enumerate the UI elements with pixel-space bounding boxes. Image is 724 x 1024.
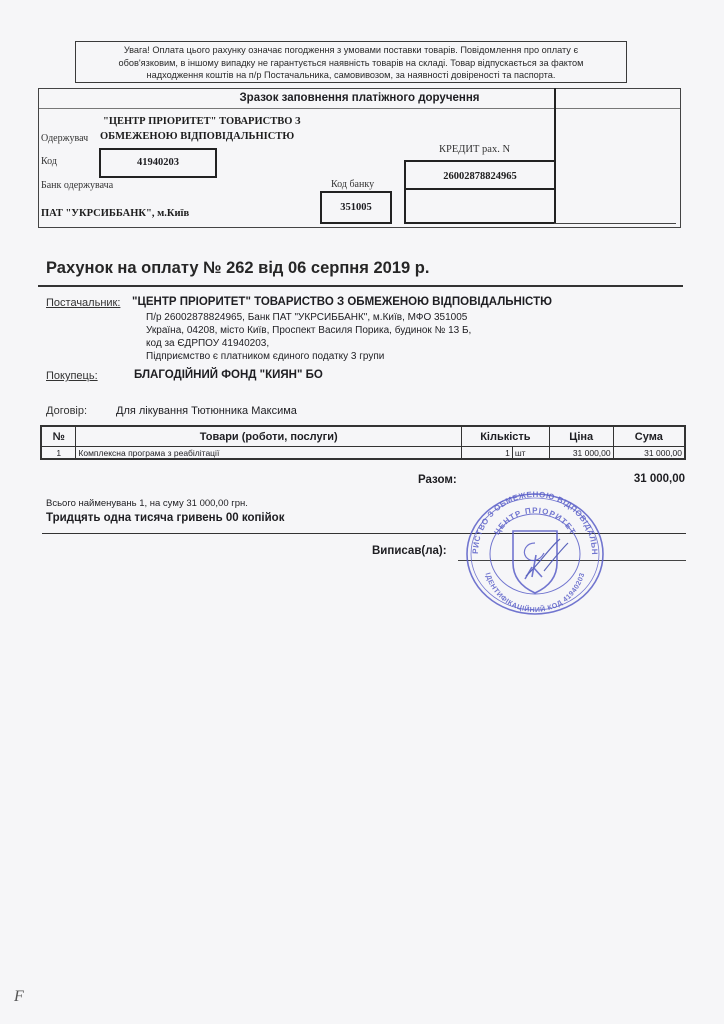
credit-account-value: 26002878824965 <box>443 171 517 182</box>
table-row: 1 Комплексна програма з реабілітації 1 ш… <box>41 447 685 460</box>
header-num: № <box>41 426 76 447</box>
bank-name: ПАТ "УКРСИББАНК", м.Київ <box>41 208 189 219</box>
supplier-name: "ЦЕНТР ПРІОРИТЕТ" ТОВАРИСТВО З ОБМЕЖЕНОЮ… <box>132 296 552 308</box>
supplier-details: П/р 26002878824965, Банк ПАТ "УКРСИББАНК… <box>146 311 471 363</box>
supplier-address: Україна, 04208, місто Київ, Проспект Вас… <box>146 324 471 337</box>
cell-num: 1 <box>41 447 76 460</box>
cell-sum: 31 000,00 <box>613 447 685 460</box>
bank-code-label: Код банку <box>331 179 374 190</box>
contract-label: Договір: <box>46 405 87 417</box>
bank-code-value: 351005 <box>340 202 372 213</box>
cell-qty: 1 <box>461 447 512 460</box>
header-qty: Кількість <box>461 426 549 447</box>
supplier-tax-status: Підприємство є платником єдиного податку… <box>146 350 471 363</box>
total-in-words: Тридцять одна тисяча гривень 00 копійок <box>46 512 284 524</box>
invoice-title: Рахунок на оплату № 262 від 06 серпня 20… <box>46 259 429 278</box>
items-summary: Всього найменувань 1, на суму 31 000,00 … <box>46 498 248 509</box>
credit-label: КРЕДИТ рах. N <box>439 144 510 155</box>
contract-value: Для лікування Тютюнника Максима <box>116 405 297 417</box>
payment-order-sample: Зразок заповнення платіжного доручення "… <box>38 88 681 228</box>
total-label: Разом: <box>418 474 457 486</box>
svg-text:ЦЕНТР ПРІОРИТЕТ: ЦЕНТР ПРІОРИТЕТ <box>492 506 577 536</box>
cell-price: 31 000,00 <box>549 447 613 460</box>
warning-line: надходження коштів на п/р Постачальника,… <box>76 69 626 82</box>
buyer-label: Покупець: <box>46 370 98 382</box>
divider <box>39 108 680 109</box>
total-value: 31 000,00 <box>610 473 685 485</box>
bank-code-box: 351005 <box>320 191 392 224</box>
supplier-label: Постачальник: <box>46 297 120 309</box>
cell-goods: Комплексна програма з реабілітації <box>76 447 462 460</box>
code-value: 41940203 <box>137 157 179 168</box>
credit-empty-box <box>404 188 556 224</box>
code-value-box: 41940203 <box>99 148 217 178</box>
supplier-bank-details: П/р 26002878824965, Банк ПАТ "УКРСИББАНК… <box>146 311 471 324</box>
header-price: Ціна <box>549 426 613 447</box>
recipient-name-line2: ОБМЕЖЕНОЮ ВІДПОВІДАЛЬНІСТЮ <box>100 131 294 142</box>
recipient-name-line1: "ЦЕНТР ПРІОРИТЕТ" ТОВАРИСТВО З <box>103 116 301 127</box>
cell-unit: шт <box>512 447 549 460</box>
code-label: Код <box>41 156 57 167</box>
title-rule <box>38 285 683 287</box>
handwritten-corner-mark: F <box>14 988 24 1006</box>
payment-order-title: Зразок заповнення платіжного доручення <box>39 92 680 104</box>
buyer-name: БЛАГОДІЙНИЙ ФОНД "КИЯН" БО <box>134 369 323 381</box>
credit-account-box: 26002878824965 <box>404 160 556 190</box>
order-vertical-divider <box>554 88 556 224</box>
company-stamp-icon: ТОВАРИСТВО З ОБМЕЖЕНОЮ ВІДПОВІДАЛЬНІСТЮ … <box>456 491 614 617</box>
issued-by-label: Виписав(ла): <box>372 545 447 557</box>
supplier-edrpou: код за ЄДРПОУ 41940203, <box>146 337 471 350</box>
bank-label: Банк одержувача <box>41 180 113 191</box>
items-table: № Товари (роботи, послуги) Кількість Цін… <box>40 425 686 460</box>
recipient-label: Одержувач <box>41 133 88 144</box>
table-header-row: № Товари (роботи, послуги) Кількість Цін… <box>41 426 685 447</box>
payment-warning-notice: Увага! Оплата цього рахунку означає пого… <box>75 41 627 83</box>
divider <box>554 223 676 224</box>
header-goods: Товари (роботи, послуги) <box>76 426 462 447</box>
warning-line: Увага! Оплата цього рахунку означає пого… <box>76 44 626 57</box>
warning-line: обов'язковим, в іншому випадку не гарант… <box>76 57 626 70</box>
header-sum: Сума <box>613 426 685 447</box>
